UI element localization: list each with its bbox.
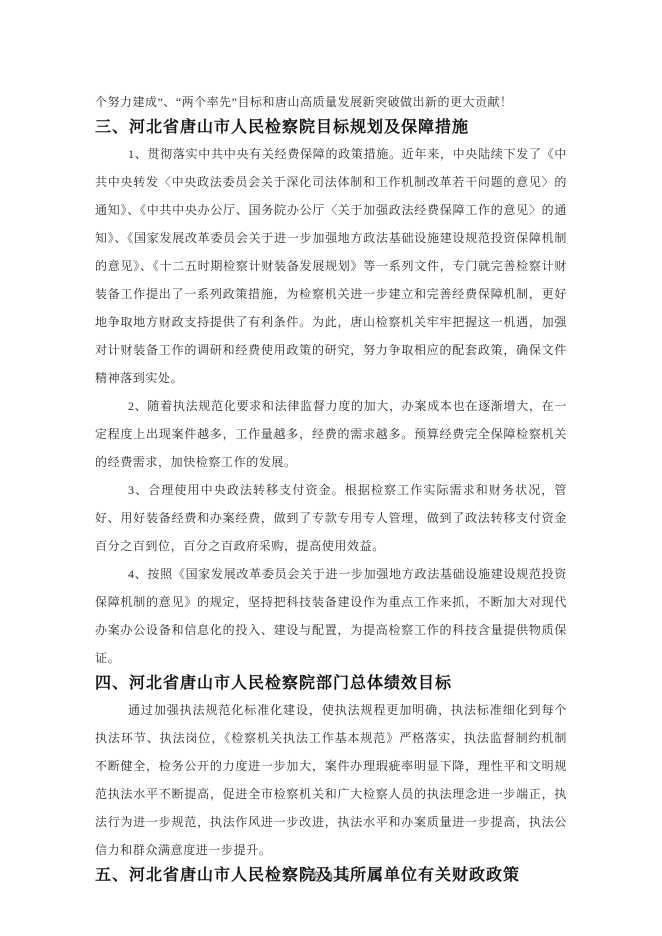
section3-paragraph-4: 4、按照《国家发展改革委员会关于进一步加强地方政法基础设施建设规范投资保障机制的…	[95, 560, 567, 672]
page-number-footer: 第 4 页	[0, 868, 662, 884]
section3-paragraph-2: 2、随着执法规范化要求和法律监督力度的加大，办案成本也在逐渐增大，在一定程度上出…	[95, 392, 567, 476]
section4-paragraph-1: 通过加强执法规范化标准化建设，使执法规程更加明确，执法标准细化到每个执法环节、执…	[95, 696, 567, 864]
section-heading-3: 三、河北省唐山市人民检察院目标规划及保障措施	[95, 116, 567, 140]
continuation-paragraph: 个努力建成”、“两个率先”目标和唐山高质量发展新突破做出新的更大贡献！	[95, 0, 567, 116]
document-page: 个努力建成”、“两个率先”目标和唐山高质量发展新突破做出新的更大贡献！ 三、河北…	[0, 0, 662, 936]
page-content: 个努力建成”、“两个率先”目标和唐山高质量发展新突破做出新的更大贡献！ 三、河北…	[0, 0, 662, 888]
section3-paragraph-1: 1、贯彻落实中共中央有关经费保障的政策措施。近年来，中央陆续下发了《中共中央转发…	[95, 140, 567, 392]
section3-paragraph-3: 3、合理使用中央政法转移支付资金。根据检察工作实际需求和财务状况，管好、用好装备…	[95, 476, 567, 560]
section-heading-4: 四、河北省唐山市人民检察院部门总体绩效目标	[95, 672, 567, 696]
